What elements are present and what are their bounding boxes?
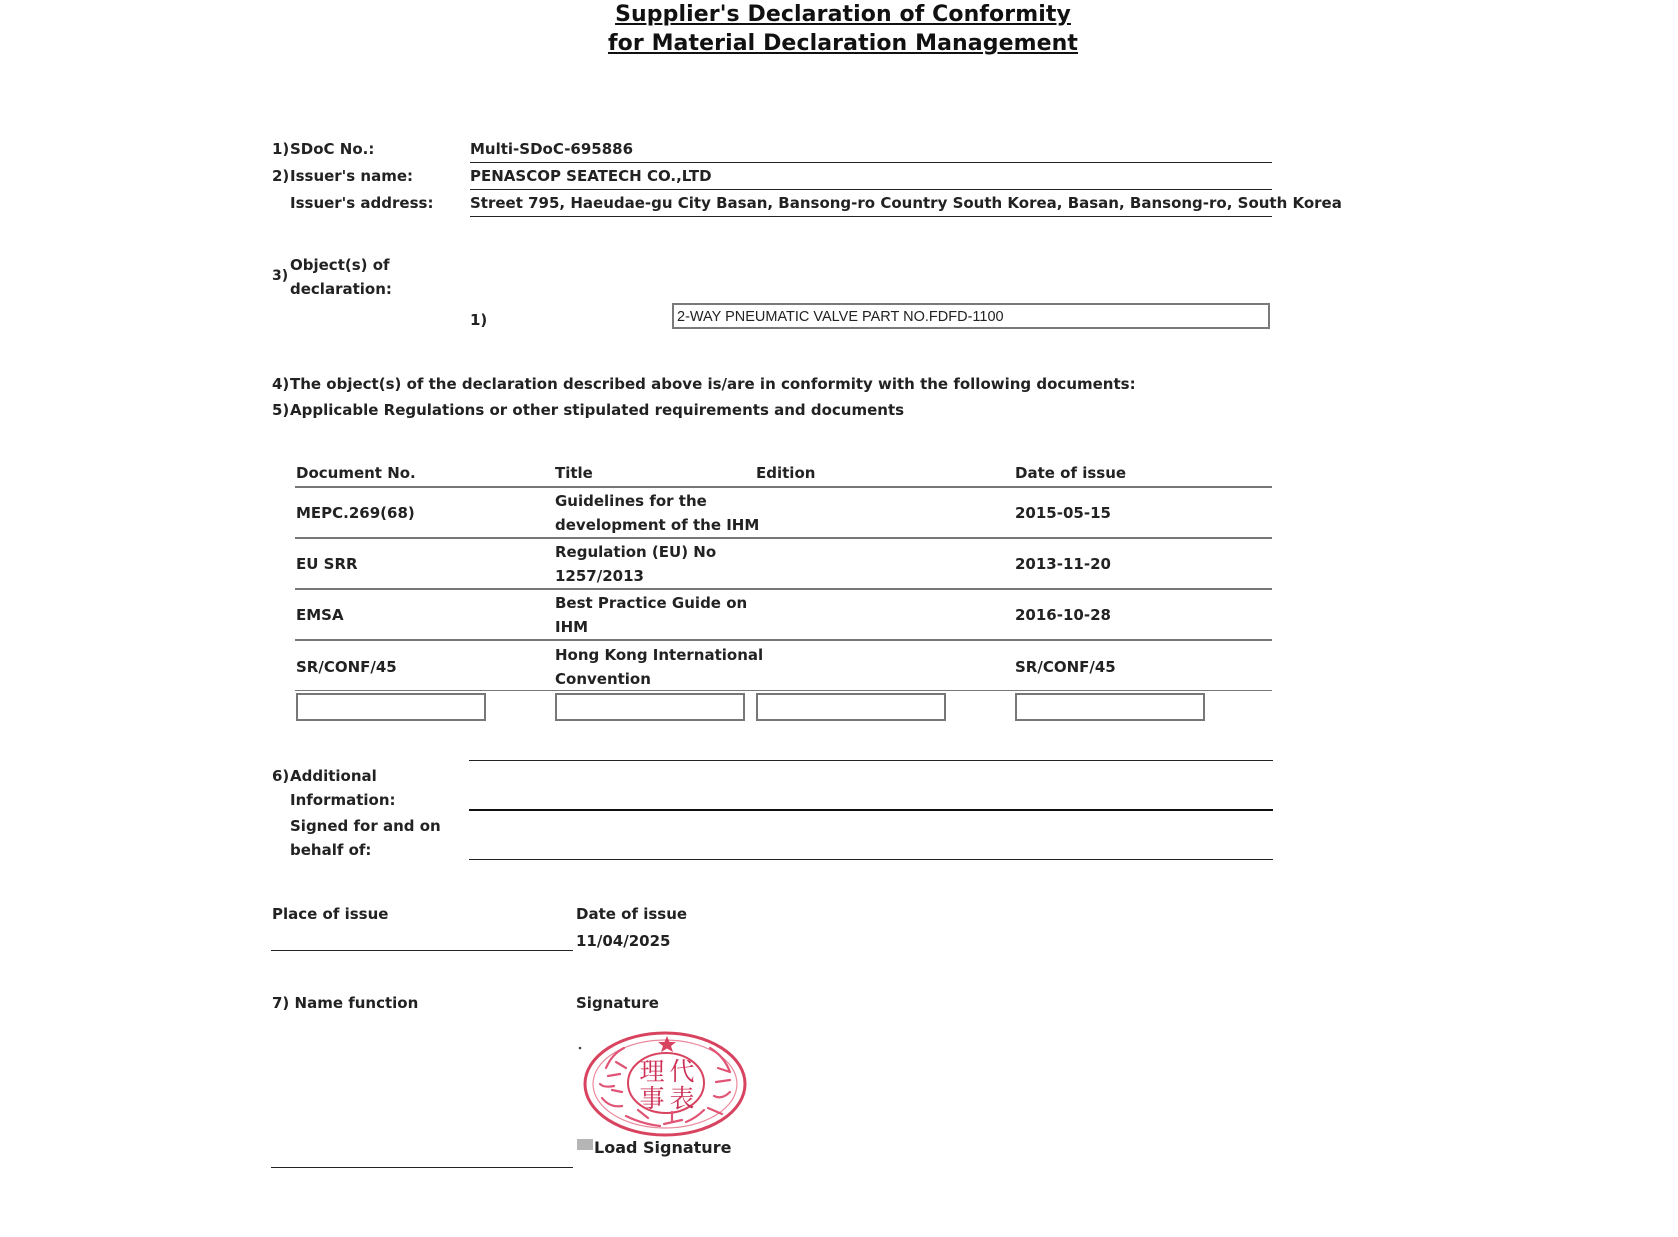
- signed-for-label-line2: behalf of:: [290, 841, 371, 859]
- date-of-issue-label: Date of issue: [576, 905, 687, 923]
- sdoc-no-field[interactable]: Multi-SDoC-695886: [470, 140, 1272, 163]
- document-title-line2: for Material Declaration Management: [0, 31, 1678, 56]
- issuer-address-field[interactable]: Street 795, Haeudae-gu City Basan, Banso…: [470, 194, 1272, 217]
- object-item-index: 1): [470, 311, 487, 329]
- table-divider: [295, 486, 1272, 488]
- cell-document-no: MEPC.269(68): [296, 501, 415, 525]
- field-number-5: 5): [272, 401, 289, 419]
- objects-label-line1: Object(s) of: [290, 256, 390, 274]
- cell-document-no: SR/CONF/45: [296, 655, 397, 679]
- company-seal-icon: 理 代 事 表: [578, 1028, 748, 1140]
- cell-document-no: EU SRR: [296, 552, 358, 576]
- field-number-6: 6): [272, 767, 289, 785]
- issuer-address-label: Issuer's address:: [290, 194, 433, 212]
- new-date-input[interactable]: [1015, 693, 1205, 721]
- load-signature-button[interactable]: Load Signature: [577, 1138, 731, 1157]
- signed-for-label-line1: Signed for and on: [290, 817, 441, 835]
- cell-title-line1: Hong Kong International: [555, 643, 763, 667]
- field-number-2: 2): [272, 167, 289, 185]
- svg-text:代: 代: [669, 1057, 694, 1086]
- signed-for-field[interactable]: [469, 814, 1273, 858]
- objects-label-line2: declaration:: [290, 280, 392, 298]
- field-number-4: 4): [272, 375, 289, 393]
- column-header-title: Title: [555, 464, 593, 482]
- conformity-statement: The object(s) of the declaration describ…: [290, 375, 1136, 393]
- new-document-no-input[interactable]: [296, 693, 486, 721]
- cell-title-line2: Convention: [555, 667, 651, 691]
- date-of-issue-value[interactable]: 11/04/2025: [576, 932, 670, 950]
- column-header-edition: Edition: [756, 464, 815, 482]
- cell-date: SR/CONF/45: [1015, 655, 1116, 679]
- svg-text:表: 表: [669, 1084, 694, 1113]
- cell-document-no: EMSA: [296, 603, 344, 627]
- additional-info-field[interactable]: [469, 764, 1273, 808]
- name-function-label: 7) Name function: [272, 994, 418, 1012]
- sdoc-no-label: SDoC No.:: [290, 140, 374, 158]
- cell-date: 2013-11-20: [1015, 552, 1111, 576]
- table-divider: [295, 588, 1272, 590]
- additional-info-top-rule: [469, 760, 1273, 761]
- cell-date: 2015-05-15: [1015, 501, 1111, 525]
- cell-title-line1: Best Practice Guide on: [555, 591, 747, 615]
- table-divider: [295, 537, 1272, 539]
- table-divider: [295, 690, 1272, 691]
- new-edition-input[interactable]: [756, 693, 946, 721]
- cell-title-line2: 1257/2013: [555, 564, 644, 588]
- column-header-document-no: Document No.: [296, 464, 416, 482]
- load-signature-label: Load Signature: [594, 1138, 731, 1157]
- additional-info-label-line1: Additional: [290, 767, 377, 785]
- field-number-1: 1): [272, 140, 289, 158]
- place-of-issue-label: Place of issue: [272, 905, 388, 923]
- name-function-rule: [271, 1167, 573, 1168]
- cell-title-line1: Regulation (EU) No: [555, 540, 716, 564]
- object-item-field[interactable]: 2-WAY PNEUMATIC VALVE PART NO.FDFD-1100: [672, 303, 1270, 329]
- cell-title-line2: development of the IHM: [555, 513, 759, 537]
- image-placeholder-icon: [577, 1139, 593, 1150]
- cell-title-line1: Guidelines for the: [555, 489, 707, 513]
- document-title-line1: Supplier's Declaration of Conformity: [0, 2, 1678, 27]
- place-of-issue-rule: [271, 950, 573, 951]
- svg-text:事: 事: [639, 1084, 664, 1113]
- regulations-statement: Applicable Regulations or other stipulat…: [290, 401, 904, 419]
- issuer-name-field[interactable]: PENASCOP SEATECH CO.,LTD: [470, 167, 1272, 190]
- signature-label: Signature: [576, 994, 659, 1012]
- issuer-name-label: Issuer's name:: [290, 167, 413, 185]
- cell-title-line2: IHM: [555, 615, 588, 639]
- additional-info-label-line2: Information:: [290, 791, 396, 809]
- additional-info-bottom-rule: [469, 809, 1273, 811]
- field-number-3: 3): [272, 268, 288, 284]
- new-title-input[interactable]: [555, 693, 745, 721]
- cell-date: 2016-10-28: [1015, 603, 1111, 627]
- name-function-field[interactable]: [271, 1020, 573, 1166]
- place-of-issue-field[interactable]: [271, 926, 573, 950]
- table-divider: [295, 639, 1272, 641]
- signed-for-rule: [469, 859, 1273, 860]
- column-header-date: Date of issue: [1015, 464, 1126, 482]
- svg-text:理: 理: [639, 1057, 664, 1086]
